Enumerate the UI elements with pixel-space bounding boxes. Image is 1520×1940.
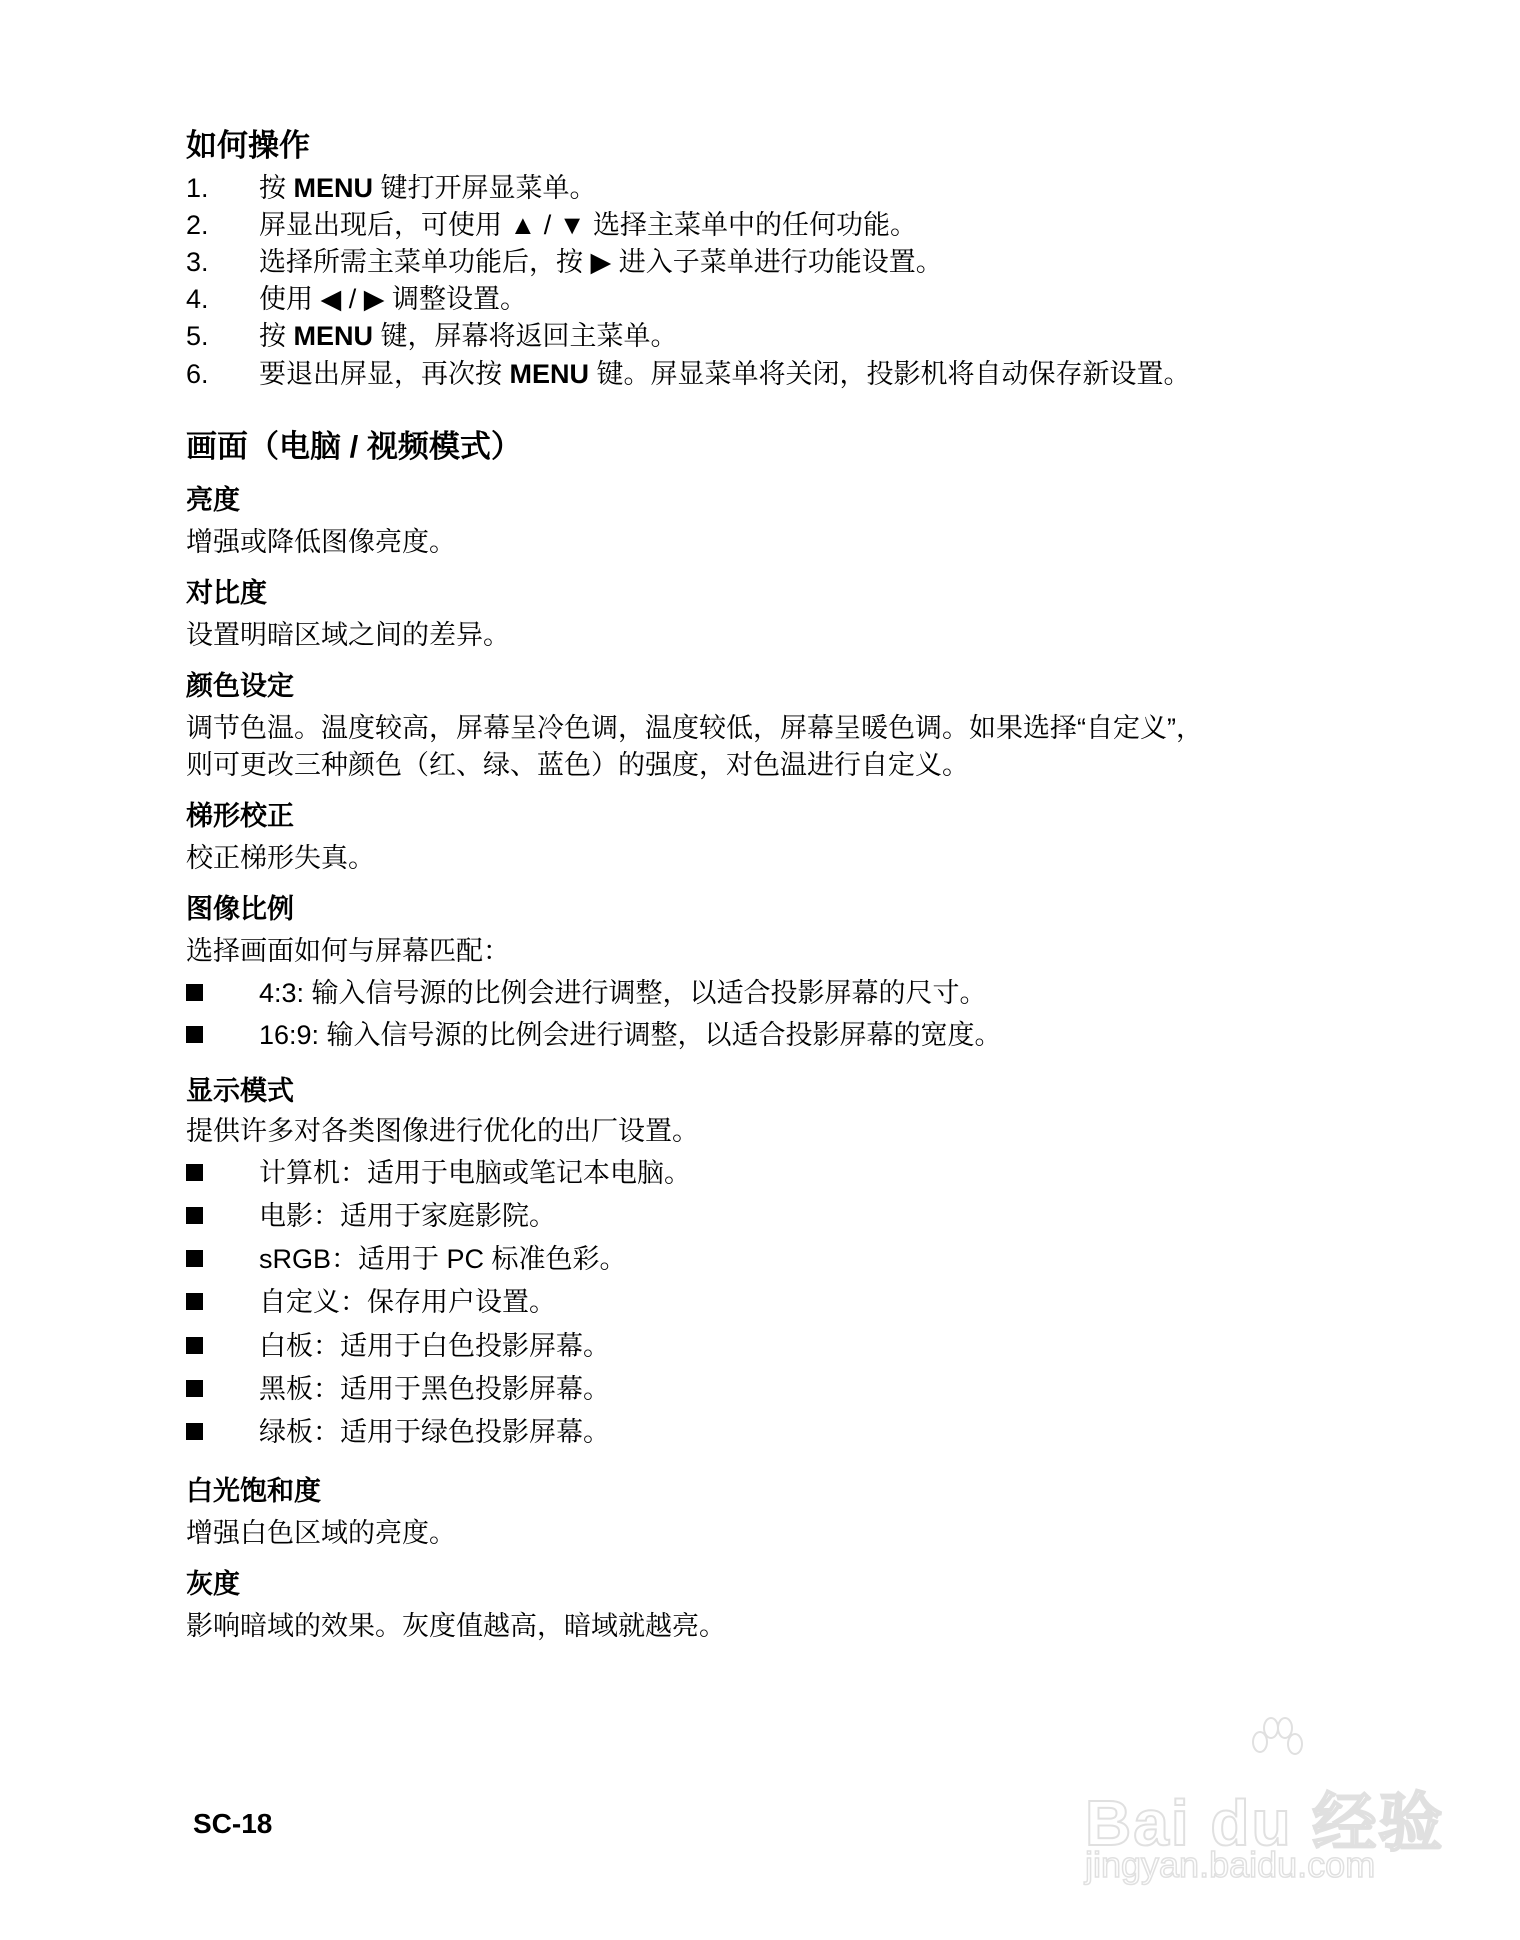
desc-keystone: 校正梯形失真。 [186,841,375,875]
bullet-text: 白板：适用于白色投影屏幕。 [259,1331,610,1361]
section-title-operation: 如何操作 [186,127,310,165]
square-bullet-icon [186,984,203,1001]
desc-brightness: 增强或降低图像亮度。 [186,525,456,559]
page-number: SC-18 [193,1808,272,1840]
square-bullet-icon [186,1423,203,1440]
step-5: 5.按 MENU 键，屏幕将返回主菜单。 [186,319,678,353]
bullet-mode-blackboard: 黑板：适用于黑色投影屏幕。 [186,1372,610,1406]
heading-white-peaking: 白光饱和度 [186,1474,321,1508]
heading-aspect-ratio: 图像比例 [186,892,294,926]
bullet-mode-custom: 自定义：保存用户设置。 [186,1285,556,1319]
heading-gamma: 灰度 [186,1567,240,1601]
bullet-mode-movie: 电影：适用于家庭影院。 [186,1199,556,1233]
step-3: 3.选择所需主菜单功能后，按 ▶ 进入子菜单进行功能设置。 [186,245,943,279]
step-1: 1.按 MENU 键打开屏显菜单。 [186,171,597,205]
bullet-mode-computer: 计算机：适用于电脑或笔记本电脑。 [186,1156,691,1190]
desc-aspect-ratio: 选择画面如何与屏幕匹配： [186,934,510,968]
bullet-text: 电影：适用于家庭影院。 [259,1201,556,1231]
step-number: 2. [186,208,259,242]
step-text: 要退出屏显，再次按 [259,359,510,389]
section-title-picture: 画面（电脑 / 视频模式） [186,428,522,466]
bullet-mode-whiteboard: 白板：适用于白色投影屏幕。 [186,1329,610,1363]
square-bullet-icon [186,1293,203,1310]
square-bullet-icon [186,1250,203,1267]
bullet-mode-srgb: sRGB：适用于 PC 标准色彩。 [186,1242,627,1276]
heading-keystone: 梯形校正 [186,799,294,833]
bullet-aspect-4-3: 4:3: 输入信号源的比例会进行调整，以适合投影屏幕的尺寸。 [186,976,987,1010]
step-text: 按 [259,173,294,203]
step-text: 按 [259,321,294,351]
heading-brightness: 亮度 [186,483,240,517]
menu-key-label: MENU [294,321,374,351]
square-bullet-icon [186,1207,203,1224]
step-text: 键。屏显菜单将关闭，投影机将自动保存新设置。 [589,359,1191,389]
step-number: 1. [186,171,259,205]
menu-key-label: MENU [510,359,590,389]
bullet-mode-greenboard: 绿板：适用于绿色投影屏幕。 [186,1415,610,1449]
desc-gamma: 影响暗域的效果。灰度值越高，暗域就越亮。 [186,1609,726,1643]
step-text: 屏显出现后，可使用 ▲ / ▼ 选择主菜单中的任何功能。 [259,210,917,240]
heading-display-mode: 显示模式 [186,1074,294,1108]
watermark-url: jingyan.baidu.com [1085,1844,1375,1886]
step-number: 6. [186,357,259,391]
square-bullet-icon [186,1026,203,1043]
desc-color-setting-2: 则可更改三种颜色（红、绿、蓝色）的强度，对色温进行自定义。 [186,748,969,782]
bullet-text: 计算机：适用于电脑或笔记本电脑。 [259,1158,691,1188]
bullet-aspect-16-9: 16:9: 输入信号源的比例会进行调整，以适合投影屏幕的宽度。 [186,1018,1002,1052]
square-bullet-icon [186,1337,203,1354]
desc-contrast: 设置明暗区域之间的差异。 [186,618,510,652]
step-4: 4.使用 ◀ / ▶ 调整设置。 [186,282,527,316]
heading-color-setting: 颜色设定 [186,669,294,703]
step-number: 5. [186,319,259,353]
desc-white-peaking: 增强白色区域的亮度。 [186,1516,456,1550]
bullet-text: 绿板：适用于绿色投影屏幕。 [259,1417,610,1447]
step-number: 3. [186,245,259,279]
bullet-text: 黑板：适用于黑色投影屏幕。 [259,1374,610,1404]
step-text: 键打开屏显菜单。 [373,173,597,203]
baidu-jingyan-watermark: Bai du 经验 jingyan.baidu.com [1085,1710,1445,1890]
bullet-text: sRGB：适用于 PC 标准色彩。 [259,1244,627,1274]
desc-display-mode: 提供许多对各类图像进行优化的出厂设置。 [186,1114,699,1148]
step-2: 2.屏显出现后，可使用 ▲ / ▼ 选择主菜单中的任何功能。 [186,208,917,242]
step-text: 键，屏幕将返回主菜单。 [373,321,678,351]
step-number: 4. [186,282,259,316]
menu-key-label: MENU [294,173,374,203]
step-text: 选择所需主菜单功能后，按 ▶ 进入子菜单进行功能设置。 [259,247,943,277]
step-text: 使用 ◀ / ▶ 调整设置。 [259,284,527,314]
manual-page: 如何操作 1.按 MENU 键打开屏显菜单。 2.屏显出现后，可使用 ▲ / ▼… [0,0,1520,1940]
step-6: 6.要退出屏显，再次按 MENU 键。屏显菜单将关闭，投影机将自动保存新设置。 [186,357,1191,391]
bullet-text: 4:3: 输入信号源的比例会进行调整，以适合投影屏幕的尺寸。 [259,978,987,1008]
bullet-text: 16:9: 输入信号源的比例会进行调整，以适合投影屏幕的宽度。 [259,1020,1002,1050]
desc-color-setting-1: 调节色温。温度较高，屏幕呈冷色调，温度较低，屏幕呈暖色调。如果选择“自定义”， [186,711,1203,745]
bullet-text: 自定义：保存用户设置。 [259,1287,556,1317]
heading-contrast: 对比度 [186,576,267,610]
square-bullet-icon [186,1380,203,1397]
square-bullet-icon [186,1164,203,1181]
